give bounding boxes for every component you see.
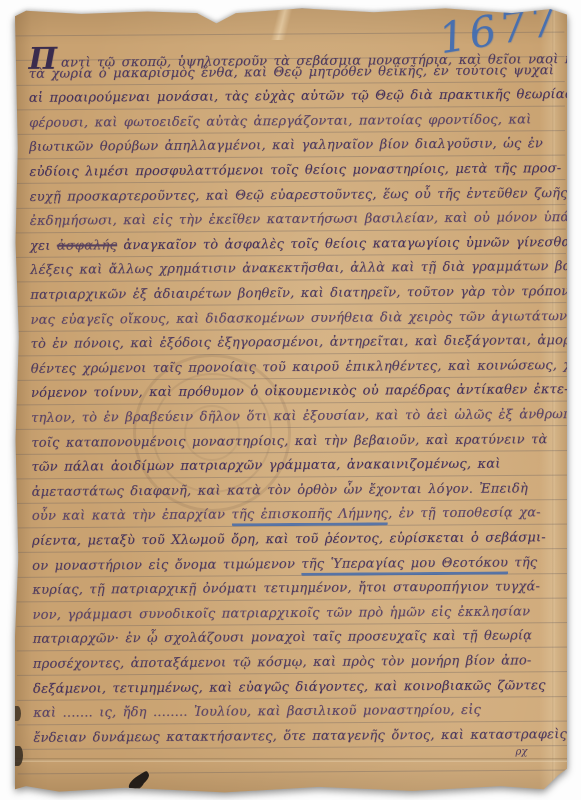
text-line: πατριαρχικῶν ἐξ ἀδιαιρέτων βοηθεῖν, καὶ … — [30, 284, 567, 303]
text-segment: ρίεντα, μεταξὺ τοῦ Χλωμοῦ ὄρη, καὶ τοῦ ῥ… — [32, 530, 546, 549]
text-line: τὸ ἐν πόνοις, καὶ ἐξόδοις ἐξηγορασμένοι,… — [31, 333, 567, 352]
text-line: κυρίας, τῇ πατριαρχικῇ ὀνόματι τετιμημέν… — [32, 579, 540, 598]
text-line: τηλον, τὸ ἐν βραβεύειν δῆλον ὅτι καὶ ἐξο… — [31, 407, 567, 426]
text-line: τὰ χωρία ὁ μακαρισμὸς ἔνθα, καὶ Θεῷ μητρ… — [29, 63, 554, 82]
text-segment: αἱ προαιρούμεναι μονάσαι, τὰς εὐχὰς αὐτῶ… — [29, 87, 567, 106]
text-line: καὶ ....... ις, ἤδη ........ Ἰουλίου, κα… — [33, 703, 481, 721]
text-segment: προσέχοντες, ἀποταξάμενοι τῷ κόσμῳ, καὶ … — [33, 653, 532, 671]
text-segment: ἀμεταστάτως διαφανῆ, καὶ κατὰ τὸν ὀρθὸν … — [32, 481, 528, 499]
text-segment: τῶν πάλαι ἀοιδίμων πατριαρχῶν γράμματα, … — [31, 457, 500, 475]
text-segment: τηλον, τὸ ἐν βραβεύειν δῆλον ὅτι καὶ ἐξο… — [31, 407, 567, 426]
text-line: εὐδίοις λιμέσι προσφυλαττόμενοι τοῖς θεί… — [29, 161, 561, 180]
catchword: ρχ — [515, 746, 527, 757]
text-line: οὖν καὶ κατὰ τὴν ἐπαρχίαν τῆς ἐπισκοπῆς … — [32, 506, 541, 525]
text-segment: τὸ ἐν πόνοις, καὶ ἐξόδοις ἐξηγορασμένοι,… — [31, 333, 567, 352]
paper-shadow-wrap: 1677 Παντὶ τῷ σκοπῷ, ὑψηλοτεροῦν τὰ σεβά… — [15, 6, 567, 794]
text-segment: πατριαρχικῶν ἐξ ἀδιαιρέτων βοηθεῖν, καὶ … — [30, 284, 567, 303]
text-line: πατριαρχῶν· ἐν ᾧ σχολάζουσι μοναχοὶ ταῖς… — [33, 629, 533, 647]
text-line: δεξάμενοι, τετιμημένως, καὶ εὐαγῶς διάγο… — [33, 678, 546, 697]
text-segment: θέντες χρώμενοι ταῖς προνοίαις τοῦ καιρο… — [31, 358, 567, 377]
blue-underlined-phrase: τῆς ἐπισκοπῆς Λήμνης — [231, 507, 388, 527]
text-segment: ον μοναστήριον εἰς ὄνομα τιμώμενον — [32, 557, 301, 574]
text-line: φέρουσι, καὶ φωτοειδεῖς αὐτὰς ἀπεργάζοντ… — [29, 112, 531, 131]
text-segment: τῆς — [508, 555, 537, 570]
blue-underlined-phrase: τῆς Ὑπεραγίας μου Θεοτόκου — [301, 555, 508, 575]
text-segment: , ἐν τῇ τοποθεσίᾳ χα- — [388, 506, 541, 522]
text-line: νόμενον τοίνυν, καὶ πρόθυμον ὁ οἰκουμενι… — [31, 382, 567, 401]
text-segment: καὶ ....... ις, ἤδη ........ Ἰουλίου, κα… — [33, 703, 481, 721]
struck-word: ἀσφαλής — [57, 238, 117, 253]
text-segment: πατριαρχῶν· ἐν ᾧ σχολάζουσι μοναχοὶ ταῖς… — [33, 629, 533, 647]
text-line: αἱ προαιρούμεναι μονάσαι, τὰς εὐχὰς αὐτῶ… — [29, 87, 567, 106]
ruled-writing-area: 1677 Παντὶ τῷ σκοπῷ, ὑψηλοτεροῦν τὰ σεβά… — [15, 6, 567, 794]
text-segment: τὰ χωρία ὁ μακαρισμὸς ἔνθα, καὶ Θεῷ μητρ… — [29, 63, 554, 82]
bottom-fold-crease — [15, 758, 567, 762]
text-line: νας εὐαγεῖς οἴκους, καὶ διδασκομένων συν… — [30, 309, 567, 328]
text-segment: ἐκδημήσωσι, καὶ εἰς τὴν ἐκεῖθεν καταντήσ… — [30, 210, 567, 229]
text-line: νον, γράμμασι συνοδικοῖς πατριαρχικοῖς τ… — [32, 604, 530, 622]
text-line: ον μοναστήριον εἰς ὄνομα τιμώμενον τῆς Ὑ… — [32, 555, 537, 574]
text-segment: νας εὐαγεῖς οἴκους, καὶ διδασκομένων συν… — [30, 309, 567, 328]
text-segment: κυρίας, τῇ πατριαρχικῇ ὀνόματι τετιμημέν… — [32, 579, 540, 598]
scan-background: 1677 Παντὶ τῷ σκοπῷ, ὑψηλοτεροῦν τὰ σεβά… — [0, 0, 581, 800]
text-segment: οὖν καὶ κατὰ τὴν ἐπαρχίαν — [32, 508, 232, 524]
text-line: χει ἀσφαλής ἀναγκαῖον τὸ ἀσφαλὲς τοῖς θε… — [30, 235, 567, 254]
text-segment: βιωτικῶν θορύβων ἀπηλλαγμένοι, καὶ γαλην… — [29, 137, 543, 156]
manuscript-page: 1677 Παντὶ τῷ σκοπῷ, ὑψηλοτεροῦν τὰ σεβά… — [15, 6, 567, 794]
text-segment: τοῖς καταπονουμένοις μοναστηρίοις, καὶ τ… — [31, 432, 547, 451]
text-line: ἔνδειαν δυνάμεως κατακτήσαντες, ὅτε πατα… — [33, 727, 567, 746]
text-line: ἐκδημήσωσι, καὶ εἰς τὴν ἐκεῖθεν καταντήσ… — [30, 210, 567, 229]
text-segment: ἔνδειαν δυνάμεως κατακτήσαντες, ὅτε πατα… — [33, 727, 567, 746]
text-line: τῶν πάλαι ἀοιδίμων πατριαρχῶν γράμματα, … — [31, 457, 500, 475]
text-line: λέξεις καὶ ἄλλως χρημάτισιν ἀνακεκτῆσθαι… — [30, 259, 567, 278]
text-line: τοῖς καταπονουμένοις μοναστηρίοις, καὶ τ… — [31, 432, 547, 451]
text-line: ἀμεταστάτως διαφανῆ, καὶ κατὰ τὸν ὀρθὸν … — [32, 481, 528, 499]
manuscript-lines: Παντὶ τῷ σκοπῷ, ὑψηλοτεροῦν τὰ σεβάσμια … — [15, 6, 564, 8]
text-segment: νόμενον τοίνυν, καὶ πρόθυμον ὁ οἰκουμενι… — [31, 382, 567, 401]
text-line: θέντες χρώμενοι ταῖς προνοίαις τοῦ καιρο… — [31, 358, 567, 377]
text-segment: λέξεις καὶ ἄλλως χρημάτισιν ἀνακεκτῆσθαι… — [30, 259, 567, 278]
text-line: ευχῇ προσκαρτεροῦντες, καὶ Θεῷ εὐαρεστοῦ… — [30, 186, 567, 205]
text-line: προσέχοντες, ἀποταξάμενοι τῷ κόσμῳ, καὶ … — [33, 653, 532, 671]
text-segment: φέρουσι, καὶ φωτοειδεῖς αὐτὰς ἀπεργάζοντ… — [29, 112, 531, 131]
text-segment: ἀναγκαῖον τὸ ἀσφαλὲς τοῖς θείοις καταγωγ… — [117, 235, 567, 253]
text-segment: χει — [30, 238, 57, 253]
text-line: ρίεντα, μεταξὺ τοῦ Χλωμοῦ ὄρη, καὶ τοῦ ῥ… — [32, 530, 546, 549]
text-segment: ευχῇ προσκαρτεροῦντες, καὶ Θεῷ εὐαρεστοῦ… — [30, 186, 567, 205]
text-segment: νον, γράμμασι συνοδικοῖς πατριαρχικοῖς τ… — [32, 604, 530, 622]
text-segment: δεξάμενοι, τετιμημένως, καὶ εὐαγῶς διάγο… — [33, 678, 546, 697]
text-segment: εὐδίοις λιμέσι προσφυλαττόμενοι τοῖς θεί… — [29, 161, 561, 180]
text-line: βιωτικῶν θορύβων ἀπηλλαγμένοι, καὶ γαλην… — [29, 137, 543, 156]
